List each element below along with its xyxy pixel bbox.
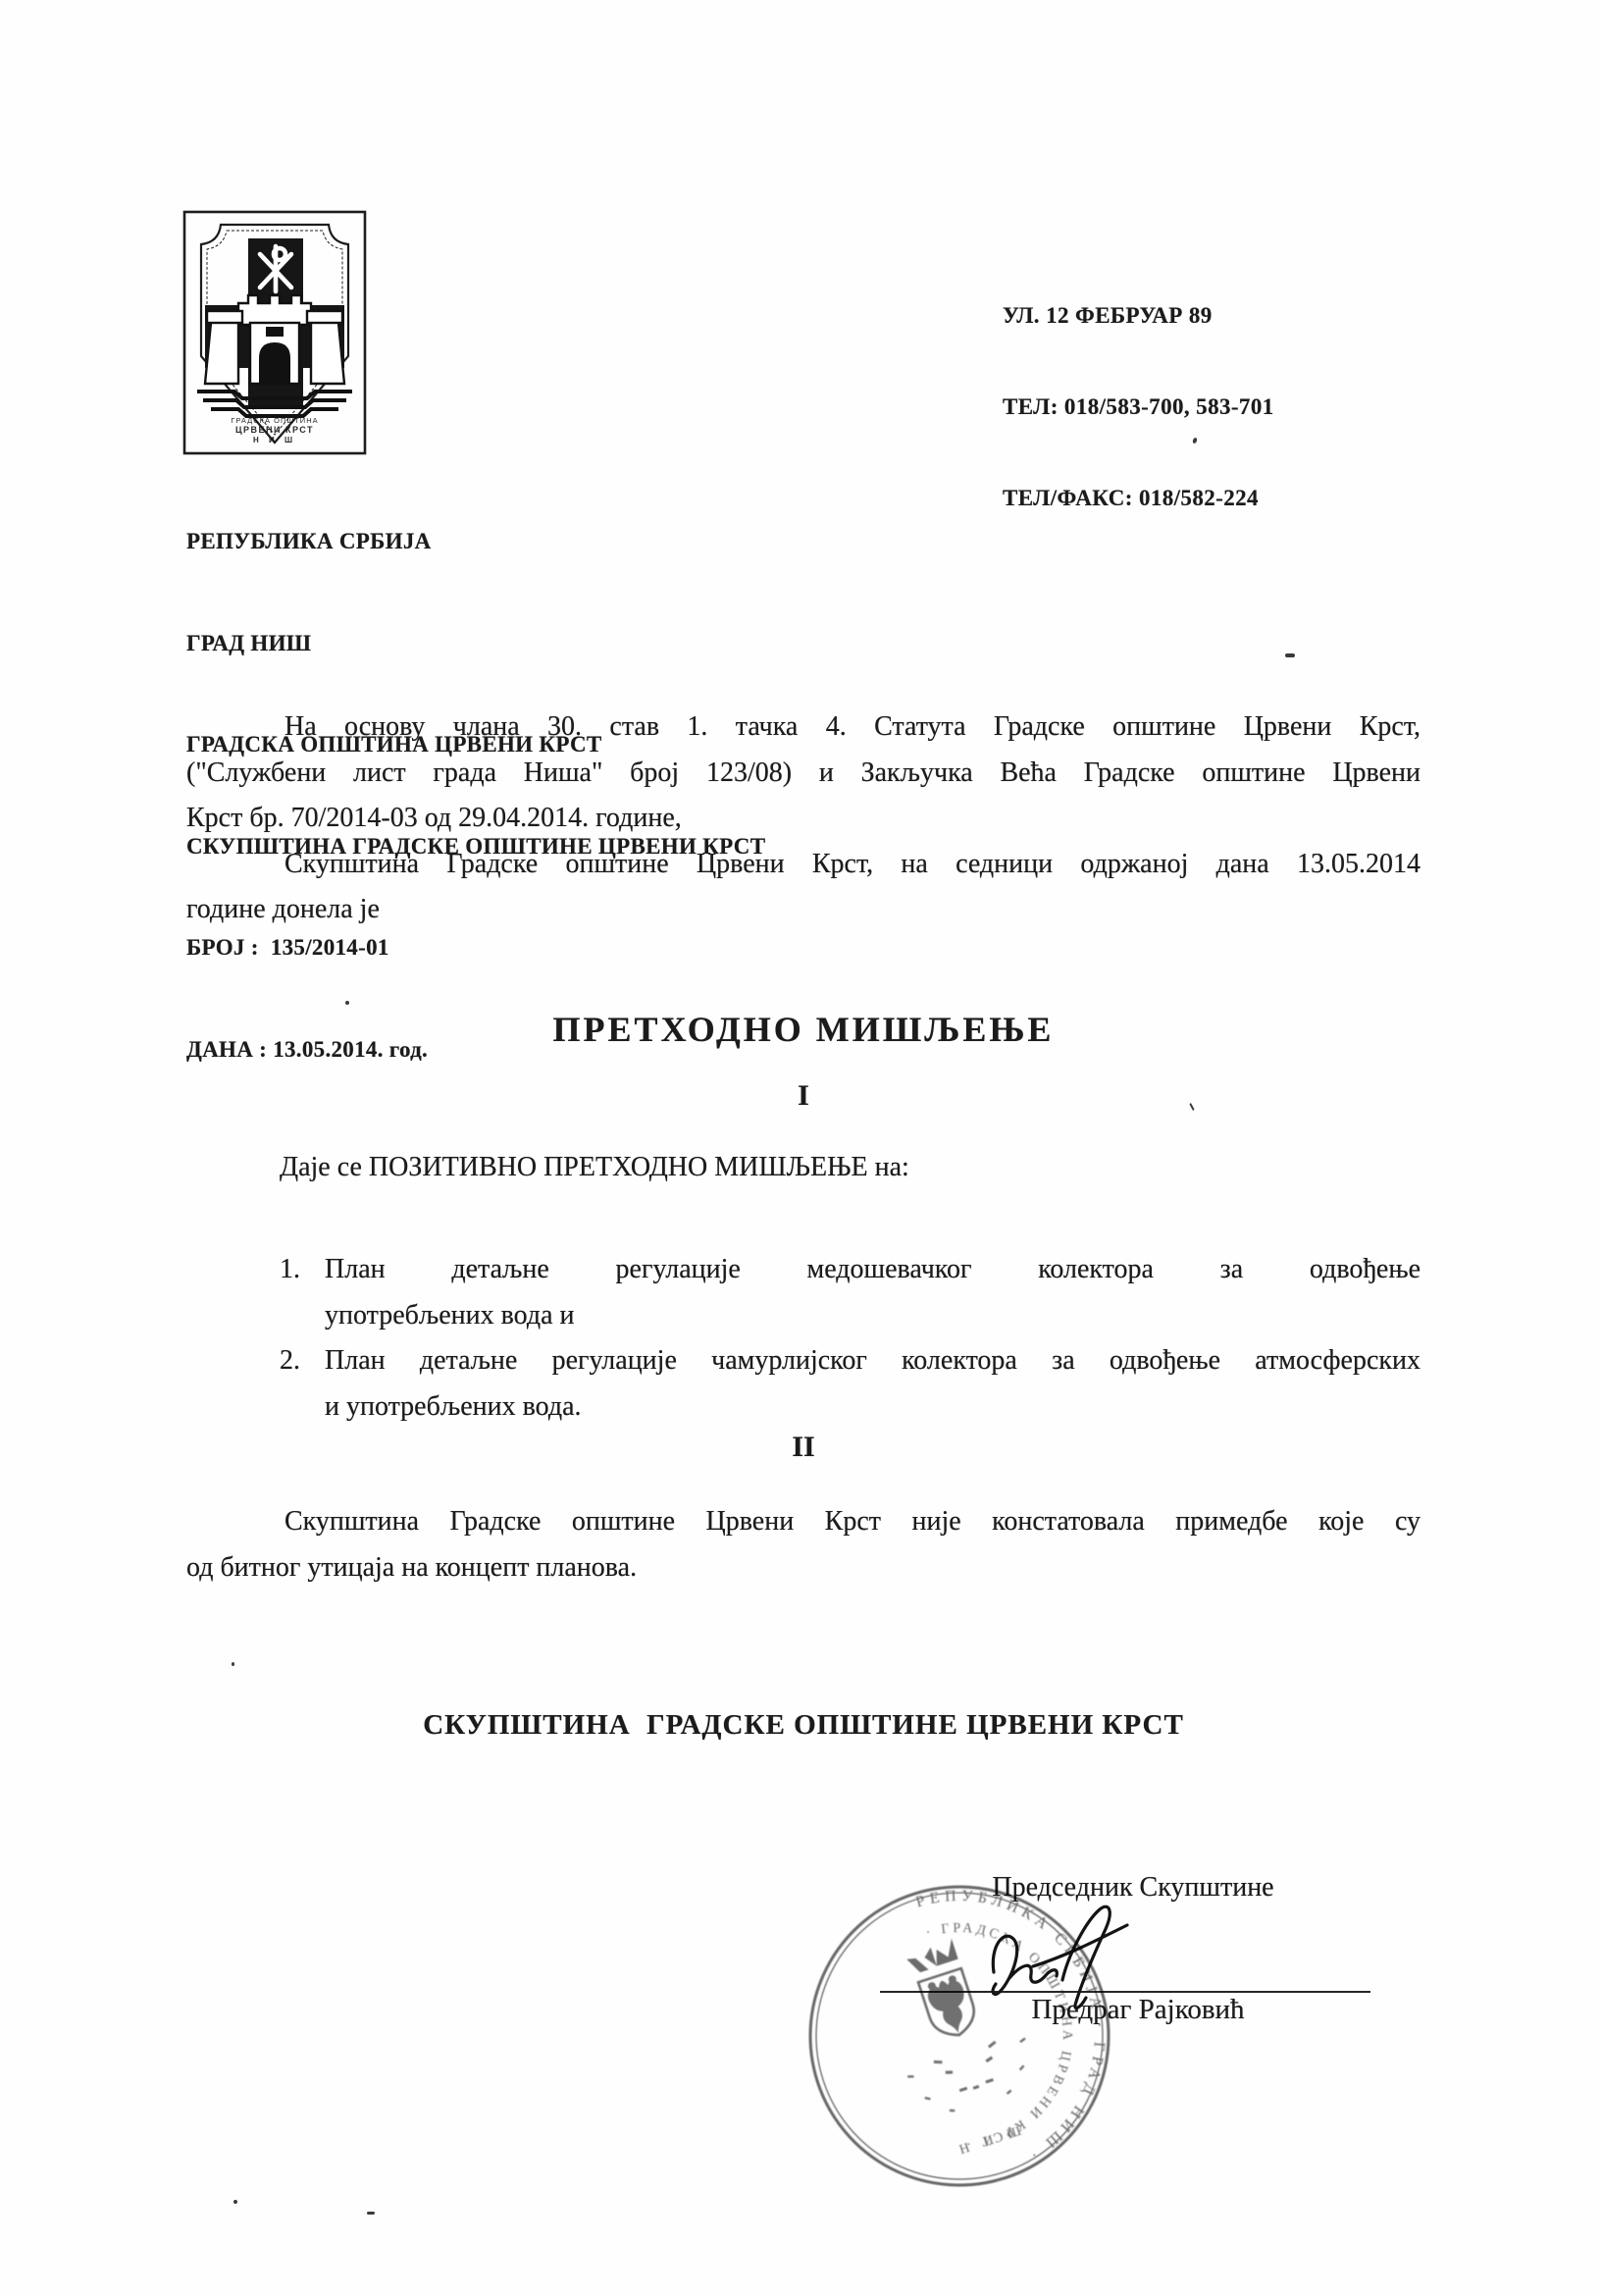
paragraph-line: На основу члана 30. став 1. тачка 4. Ста… (186, 704, 1420, 751)
scan-speck (233, 2200, 237, 2204)
list-item-number: 1. (280, 1247, 300, 1293)
emblem-caption-line: ГРАДСКА ОПШТИНА (231, 416, 318, 425)
scan-speck (232, 1662, 234, 1666)
list-item-number: 2. (280, 1338, 300, 1384)
contact-block: УЛ. 12 ФЕБРУАР 89 ТЕЛ: 018/583-700, 583-… (1003, 239, 1274, 574)
paragraph-line: Скупштина Градске општине Црвени Крст, н… (186, 842, 1420, 888)
closing-heading: СКУПШТИНА ГРАДСКЕ ОПШТИНЕ ЦРВЕНИ КРСТ (186, 1709, 1420, 1742)
phone-line: ТЕЛ: 018/583-700, 583-701 (1003, 391, 1274, 422)
address-line: УЛ. 12 ФЕБРУАР 89 (1003, 300, 1274, 331)
stamp-eagle-icon (871, 1926, 1040, 2121)
document-title: ПРЕТХОДНО МИШЉЕЊЕ (186, 1009, 1420, 1050)
list-item: 2. План детаљне регулације чамурлијског … (280, 1338, 1420, 1430)
document-number-line: БРОЈ : 135/2014-01 (186, 931, 765, 965)
section2-paragraph: Скупштина Градске општине Црвени Крст ни… (186, 1499, 1420, 1591)
scan-speck (1285, 653, 1295, 657)
section-numeral-2: II (186, 1431, 1420, 1464)
list-item: 1. План детаљне регулације медошевачког … (280, 1247, 1420, 1338)
paragraph-line: Крст бр. 70/2014-03 од 29.04.2014. годин… (186, 796, 1420, 842)
section1-lead: Даје се ПОЗИТИВНО ПРЕТХОДНО МИШЉЕЊЕ на: (280, 1152, 909, 1183)
list-item-line: План детаљне регулације чамурлијског кол… (325, 1338, 1420, 1384)
list-item-line: и употребљених вода. (325, 1384, 1420, 1431)
intro-paragraphs: На основу члана 30. став 1. тачка 4. Ста… (186, 704, 1420, 933)
list-item-line: употребљених вода и (325, 1293, 1420, 1339)
letterhead-line: ГРАД НИШ (186, 627, 765, 661)
scan-speck (345, 1001, 349, 1005)
fax-line: ТЕЛ/ФАКС: 018/582-224 (1003, 483, 1274, 513)
list-item-line: План детаљне регулације медошевачког кол… (325, 1247, 1420, 1293)
paragraph-line: године донела је (186, 887, 1420, 933)
plans-list: 1. План детаљне регулације медошевачког … (280, 1247, 1420, 1430)
scanned-document-page: ГРАДСКА ОПШТИНА ЦРВЕНИ КРСТ Н И Ш УЛ. 12… (0, 0, 1601, 2296)
letterhead-line: РЕПУБЛИКА СРБИЈА (186, 525, 765, 559)
section-numeral-1: I (186, 1079, 1420, 1113)
scan-speck (367, 2212, 375, 2215)
paragraph-line: од битног утицаја на концепт планова. (186, 1545, 1420, 1592)
emblem-caption-line: Н И Ш (253, 436, 296, 444)
emblem-caption-line: ЦРВЕНИ КРСТ (235, 425, 314, 435)
stamp-bottom-text: Н И Ш (957, 2122, 1028, 2158)
paragraph-line: Скупштина Градске општине Црвени Крст ни… (186, 1499, 1420, 1545)
stamp-icon: РЕПУБЛИКА СРБИЈА · ГРАД НИШ · · ГРАДСКА … (780, 1856, 1139, 2216)
paragraph-line: ("Службени лист града Ниша" број 123/08)… (186, 751, 1420, 797)
coat-of-arms-icon: ГРАДСКА ОПШТИНА ЦРВЕНИ КРСТ Н И Ш (181, 209, 368, 456)
